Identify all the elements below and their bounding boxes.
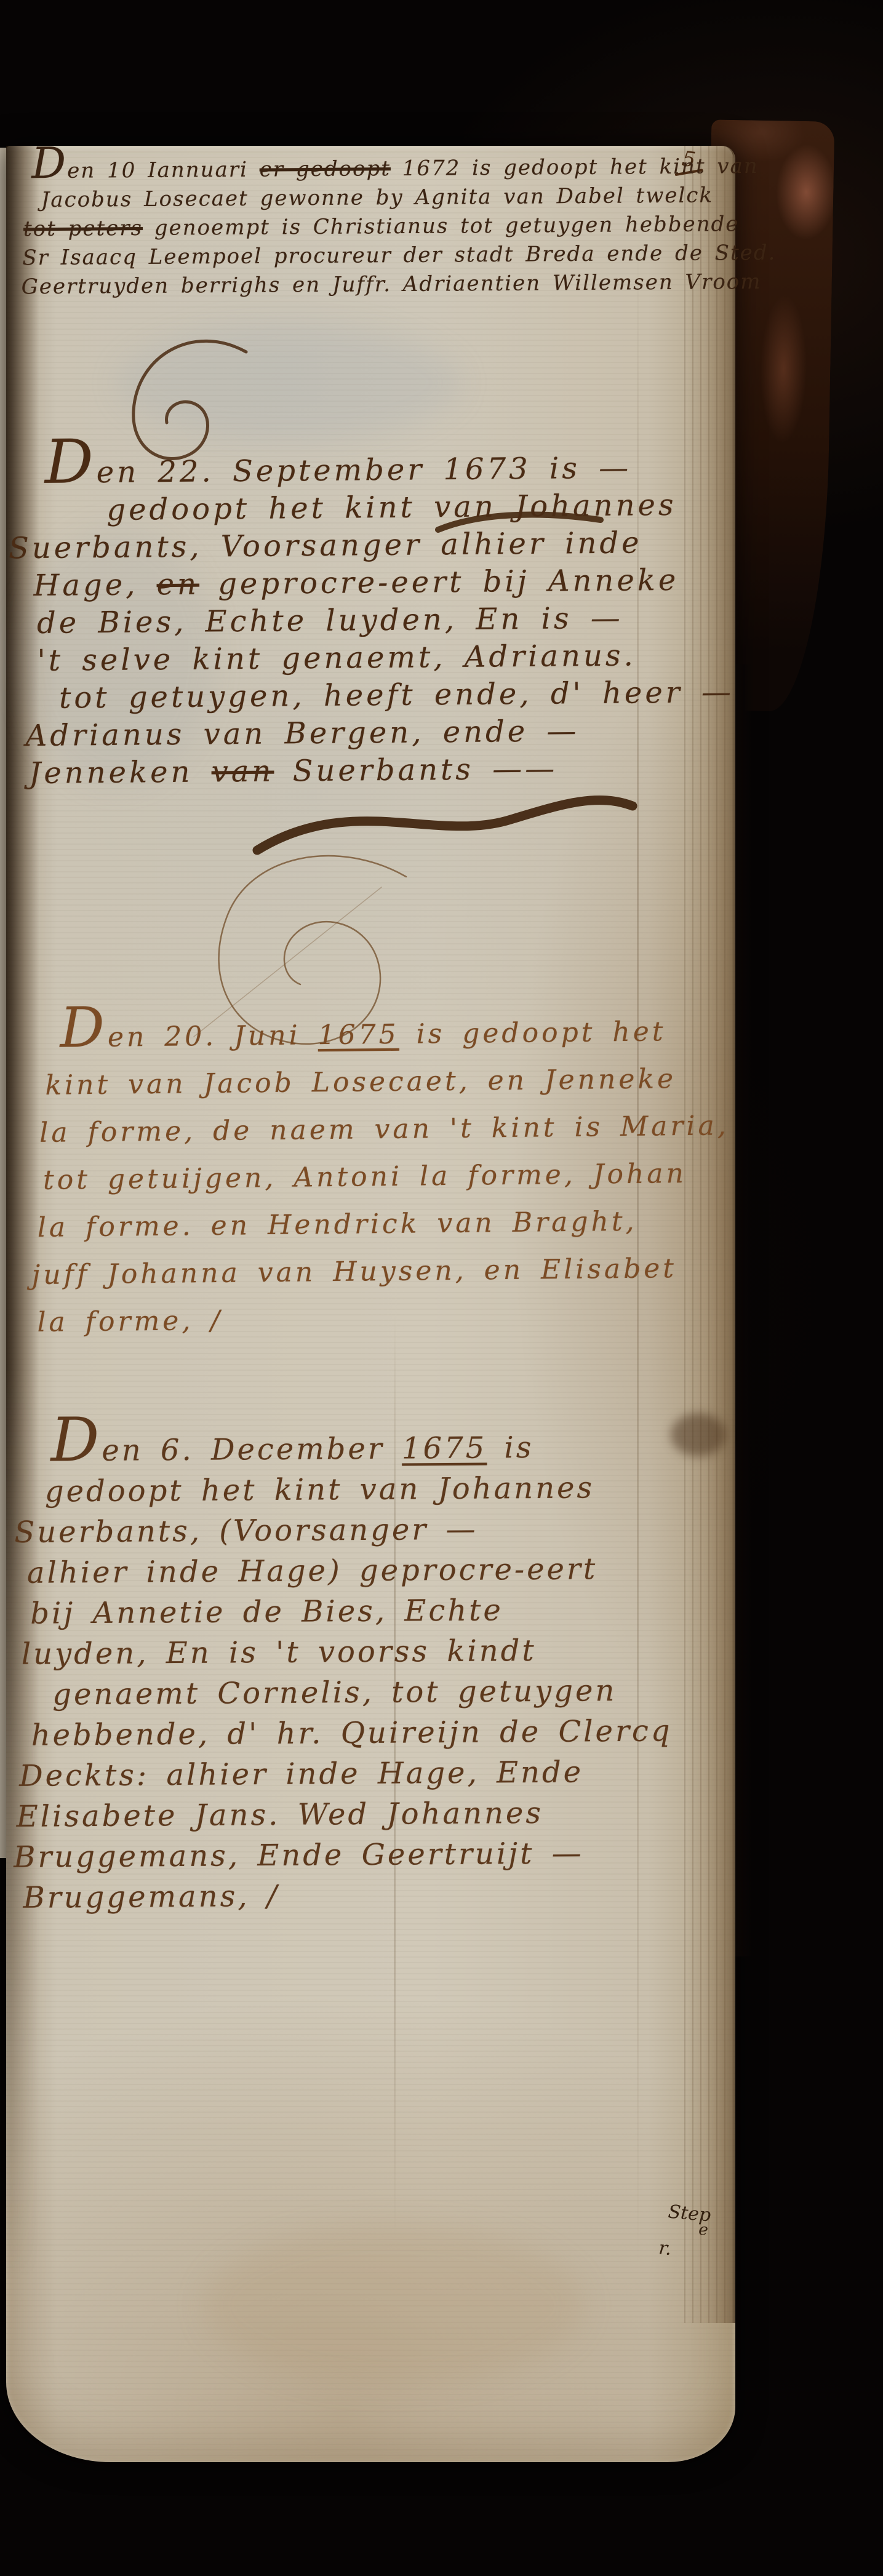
baptism-entry-1673: Den 22. September 1673 is —gedoopt het k… <box>36 449 735 792</box>
pen-flourish-swash-bold <box>246 781 646 861</box>
manuscript-line: Geertruyden berrighs en Juffr. Adriaenti… <box>22 268 777 302</box>
manuscript-text: Jenneken <box>29 754 212 791</box>
manuscript-line: de Bies, Echte luyden, En is — <box>37 599 733 642</box>
manuscript-text: Den 20. Juni <box>60 1019 318 1053</box>
manuscript-text: geprocre-eert bij Anneke <box>199 563 679 602</box>
manuscript-text: tot getuygen, heeft ende, d' heer — <box>59 675 734 716</box>
manuscript-line: bij Annetie de Bies, Echte <box>30 1589 671 1633</box>
manuscript-line: hebbende, d' hr. Quireijn de Clercq <box>31 1710 672 1755</box>
manuscript-line: juff Johanna van Huysen, en Elisabet <box>31 1244 730 1299</box>
manuscript-line: Jacobus Losecaet gewonne by Agnita van D… <box>41 181 776 215</box>
fore-edge-note: Step e r. <box>658 2203 711 2262</box>
manuscript-text: bij Annetie de Bies, Echte <box>30 1593 503 1630</box>
paper-stain <box>117 324 461 441</box>
manuscript-line: gedoopt het kint van Johannes <box>106 486 732 529</box>
manuscript-text: Suerbants, (Voorsanger — <box>14 1512 477 1550</box>
manuscript-line: 't selve kint genaemt, Adrianus. <box>37 636 733 680</box>
baptism-entry-1672: Den 10 Iannuari er gedoopt 1672 is gedoo… <box>31 152 777 301</box>
manuscript-line: Suerbants, Voorsanger alhier inde <box>9 524 733 567</box>
manuscript-text: Elisabete Jans. Wed Johannes <box>16 1796 543 1834</box>
manuscript-line: Adrianus van Bergen, ende — <box>25 711 734 755</box>
manuscript-text: hebbende, d' hr. Quireijn de Clercq <box>31 1713 673 1752</box>
struck-text: van <box>211 754 274 789</box>
manuscript-line: Elisabete Jans. Wed Johannes <box>16 1792 673 1836</box>
manuscript-line: Hage, en geprocre-eert bij Anneke <box>33 561 733 605</box>
manuscript-line: genaemt Cornelis, tot getuygen <box>52 1670 672 1715</box>
manuscript-line: Sr Isaacq Leempoel procureur der stadt B… <box>22 239 776 273</box>
struck-text: tot peters <box>23 216 143 241</box>
manuscript-text: tot getuijgen, Antoni la forme, Johan <box>43 1158 687 1196</box>
manuscript-text: Suerbants, Voorsanger alhier inde <box>9 525 642 565</box>
manuscript-line: gedoopt het kint van Johannes <box>45 1467 671 1512</box>
struck-text: er gedoopt <box>260 156 391 181</box>
manuscript-line: Bruggemans, / <box>23 1873 673 1918</box>
manuscript-text: Jacobus Losecaet gewonne by Agnita van D… <box>41 183 714 212</box>
manuscript-text: la forme. en Hendrick van Braght, <box>38 1206 637 1243</box>
baptism-entry-1675-december: Den 6. December 1675 isgedoopt het kint … <box>38 1426 673 1918</box>
pen-flourish-spiral-small <box>120 330 262 472</box>
manuscript-text: Den 22. September 1673 is — <box>45 450 632 490</box>
manuscript-line: la forme, / <box>37 1291 731 1346</box>
manuscript-text: genaemt Cornelis, tot getuygen <box>52 1673 617 1712</box>
manuscript-line: Bruggemans, Ende Geertruijt — <box>14 1832 673 1877</box>
manuscript-line: Jenneken van Suerbants —— <box>29 749 735 792</box>
manuscript-line: alhier inde Hage) geprocre-eert <box>27 1548 671 1593</box>
manuscript-text: Adrianus van Bergen, ende — <box>25 714 579 753</box>
manuscript-text: Suerbants —— <box>274 752 557 789</box>
manuscript-line: Suerbants, (Voorsanger — <box>14 1507 671 1552</box>
manuscript-line: Den 20. Juni 1675 is gedoopt het <box>60 1007 728 1061</box>
manuscript-line: la forme. en Hendrick van Braght, <box>37 1197 730 1251</box>
underlined-year: 1675 <box>318 1019 399 1051</box>
manuscript-text: Geertruyden berrighs en Juffr. Adriaenti… <box>22 269 762 299</box>
manuscript-line: kint van Jacob Losecaet, en Jenneke <box>45 1055 729 1109</box>
manuscript-text: 1672 is gedoopt het kint van <box>391 154 759 181</box>
manuscript-text: Sr Isaacq Leempoel procureur der stadt B… <box>22 241 776 271</box>
manuscript-line: luyden, En is 't voorss kindt <box>22 1629 672 1674</box>
struck-text: en <box>156 567 199 602</box>
manuscript-text: Bruggemans, / <box>23 1879 279 1915</box>
manuscript-text: juff Johanna van Huysen, en Elisabet <box>31 1253 677 1291</box>
manuscript-line: Den 10 Iannuari er gedoopt 1672 is gedoo… <box>31 152 775 186</box>
fore-edge-note-line: r. <box>658 2239 708 2262</box>
manuscript-text: la forme, / <box>37 1305 223 1338</box>
manuscript-text: is gedoopt het <box>399 1016 666 1050</box>
manuscript-text: la forme, de naem van 't kint is Maria, <box>39 1110 729 1149</box>
manuscript-line: tot peters genoempt is Christianus tot g… <box>23 210 776 244</box>
manuscript-line: Den 6. December 1675 is <box>50 1426 670 1471</box>
manuscript-page: 5 Den 10 Iannuari er gedoopt 1672 is ged… <box>6 146 735 2462</box>
manuscript-text: Hage, <box>33 567 157 603</box>
manuscript-text: de Bies, Echte luyden, En is — <box>37 601 623 640</box>
manuscript-text: Deckts: alhier inde Hage, Ende <box>19 1755 583 1793</box>
manuscript-text: gedoopt het kint van Johannes <box>45 1470 595 1509</box>
manuscript-text: kint van Jacob Losecaet, en Jenneke <box>45 1063 676 1101</box>
manuscript-line: Den 22. September 1673 is — <box>45 449 732 492</box>
manuscript-line: Deckts: alhier inde Hage, Ende <box>19 1751 673 1796</box>
paper-stain <box>203 2225 585 2385</box>
manuscript-line: tot getuygen, heeft ende, d' heer — <box>59 674 734 717</box>
manuscript-text: genoempt is Christianus tot getuygen heb… <box>143 212 740 241</box>
manuscript-text: Den 6. December <box>50 1431 402 1468</box>
fore-edge-note-line: e <box>698 2220 710 2239</box>
manuscript-text: luyden, En is 't voorss kindt <box>22 1633 537 1672</box>
manuscript-text: 't selve kint genaemt, Adrianus. <box>37 638 636 677</box>
manuscript-text: Bruggemans, Ende Geertruijt — <box>14 1836 584 1874</box>
baptism-entry-1675-june: Den 20. Juni 1675 is gedoopt hetkint van… <box>44 1007 731 1346</box>
manuscript-line: la forme, de naem van 't kint is Maria, <box>39 1102 729 1157</box>
manuscript-text: alhier inde Hage) geprocre-eert <box>27 1552 598 1590</box>
photo-black-background: 5 Den 10 Iannuari er gedoopt 1672 is ged… <box>0 0 883 2576</box>
manuscript-text: gedoopt het kint van Johannes <box>106 488 677 527</box>
underlined-year: 1675 <box>402 1431 487 1466</box>
manuscript-line: tot getuijgen, Antoni la forme, Johan <box>43 1149 730 1204</box>
manuscript-text: Den 10 Iannuari <box>31 158 260 184</box>
manuscript-text: is <box>487 1430 534 1465</box>
